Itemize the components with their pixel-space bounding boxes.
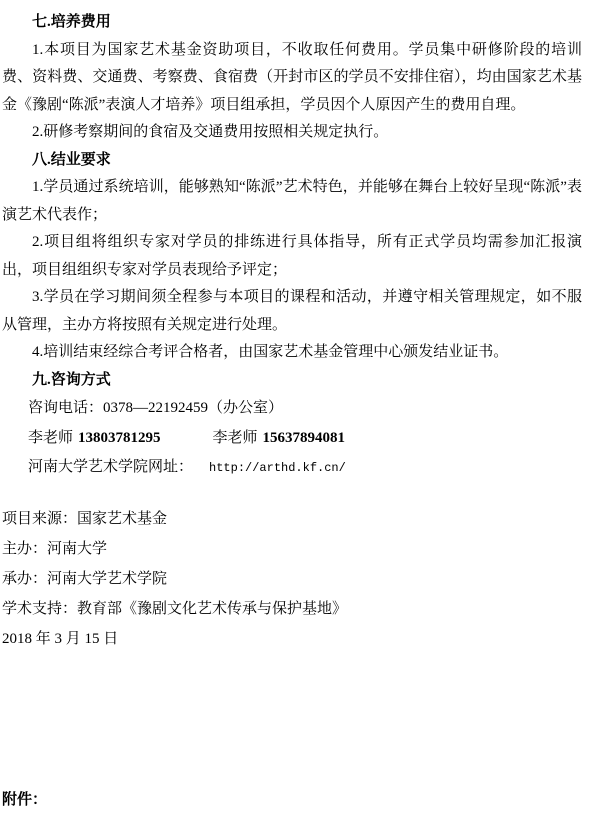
section-7-paragraph-2: 2.研修考察期间的食宿及交通费用按照相关规定执行。: [2, 119, 582, 147]
section-8-paragraph-2: 2.项目组将组织专家对学员的排练进行具体指导，所有正式学员均需参加汇报演出，项目…: [2, 229, 582, 284]
phone-note: （办公室）: [208, 400, 283, 416]
website-line: 河南大学艺术学院网址：http://arthd.kf.cn/: [28, 453, 582, 484]
organizer-line: 承办：河南大学艺术学院: [2, 564, 600, 594]
teacher-1-name: 李老师: [28, 430, 73, 446]
section-8-paragraph-4: 4.培训结束经综合考评合格者，由国家艺术基金管理中心颁发结业证书。: [2, 339, 582, 367]
date-line: 2018 年 3 月 15 日: [2, 624, 600, 654]
academic-support-line: 学术支持：教育部《豫剧文化艺术传承与保护基地》: [2, 594, 600, 624]
website-label: 河南大学艺术学院网址：: [28, 459, 193, 475]
signature-block: 项目来源：国家艺术基金 主办：河南大学 承办：河南大学艺术学院 学术支持：教育部…: [2, 504, 600, 654]
attachment-label: 附件：: [2, 787, 47, 813]
phone-line: 咨询电话：0378—22192459（办公室）: [28, 394, 582, 424]
document-body: 七.培养费用 1.本项目为国家艺术基金资助项目，不收取任何费用。学员集中研修阶段…: [2, 9, 582, 394]
section-8-paragraph-1: 1.学员通过系统培训，能够熟知“陈派”艺术特色，并能够在舞台上较好呈现“陈派”表…: [2, 174, 582, 229]
phone-number: 0378—22192459: [103, 400, 208, 416]
contact-info: 咨询电话：0378—22192459（办公室） 李老师13803781295李老…: [2, 394, 582, 484]
section-8-heading: 八.结业要求: [2, 147, 582, 175]
project-source-line: 项目来源：国家艺术基金: [2, 504, 600, 534]
teachers-line: 李老师13803781295李老师15637894081: [28, 424, 582, 454]
phone-label: 咨询电话：: [28, 400, 103, 416]
website-url: http://arthd.kf.cn/: [209, 461, 346, 475]
section-7-paragraph-1: 1.本项目为国家艺术基金资助项目，不收取任何费用。学员集中研修阶段的培训费、资料…: [2, 37, 582, 120]
section-9-heading: 九.咨询方式: [2, 367, 582, 395]
teacher-2-name: 李老师: [213, 430, 258, 446]
host-line: 主办：河南大学: [2, 534, 600, 564]
section-8-paragraph-3: 3.学员在学习期间须全程参与本项目的课程和活动，并遵守相关管理规定，如不服从管理…: [2, 284, 582, 339]
teacher-2: 李老师15637894081: [213, 430, 346, 446]
teacher-1: 李老师13803781295: [28, 430, 161, 446]
teacher-2-phone: 15637894081: [263, 430, 346, 446]
teacher-1-phone: 13803781295: [78, 430, 161, 446]
section-7-heading: 七.培养费用: [2, 9, 582, 37]
document-page: 七.培养费用 1.本项目为国家艺术基金资助项目，不收取任何费用。学员集中研修阶段…: [0, 0, 600, 813]
